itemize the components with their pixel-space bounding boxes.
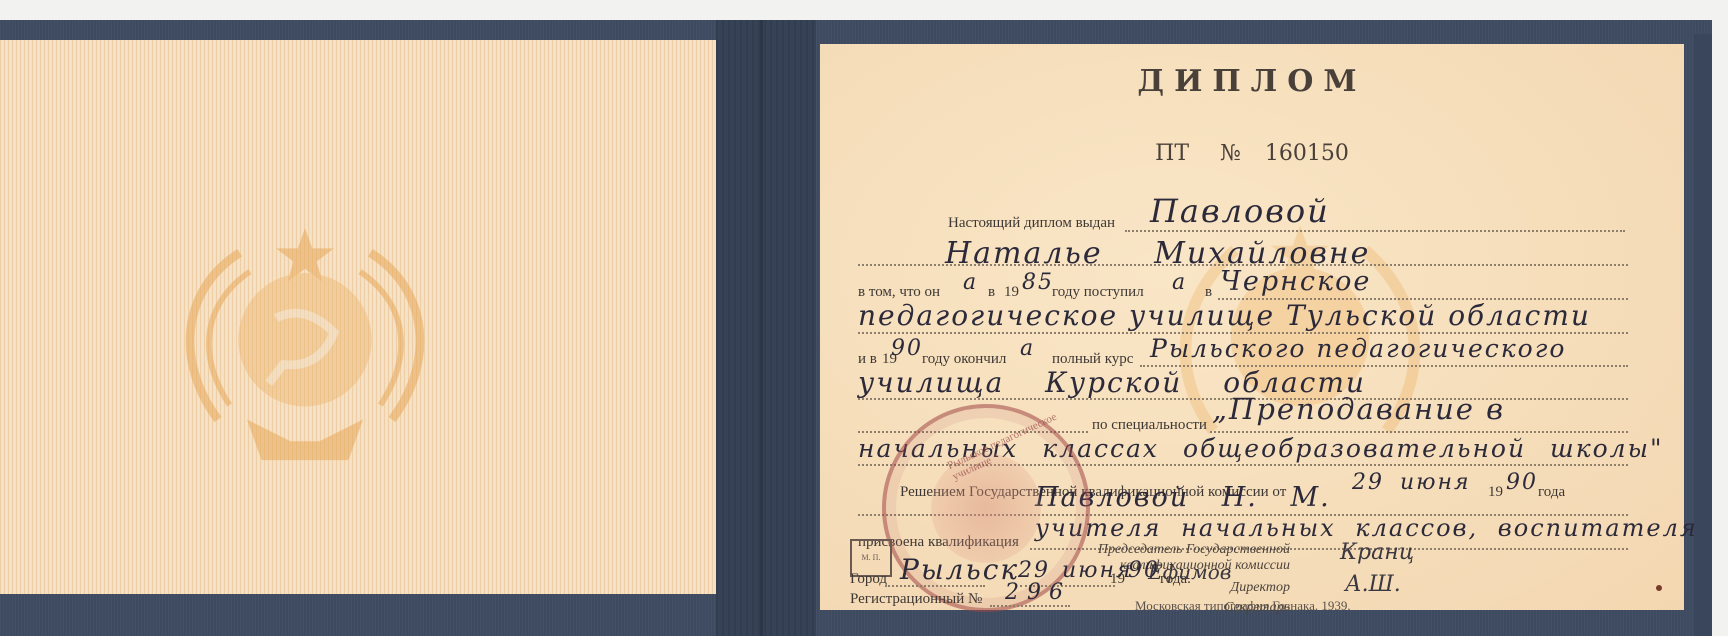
decision-day: 29 bbox=[1352, 470, 1384, 495]
printer-imprint: Московская типография Гознака. 1939. bbox=[1135, 598, 1351, 614]
issued-label: Настоящий диплом выдан bbox=[948, 215, 1115, 232]
gender-suffix: а bbox=[1172, 270, 1187, 295]
dotted-line bbox=[1125, 230, 1625, 232]
chairman-signature: Кранц bbox=[1340, 540, 1414, 565]
year-prefix: 19 bbox=[1110, 571, 1125, 588]
entry-year: 85 bbox=[1022, 270, 1054, 295]
seal-emblem bbox=[931, 453, 1041, 563]
right-page: ДИПЛОМ ПТ №160150 Настоящий диплом выдан… bbox=[820, 44, 1684, 610]
recipient-surname: Павловой bbox=[1150, 192, 1330, 230]
specialty: „Преподавание в bbox=[1212, 392, 1505, 426]
serial-number: 160150 bbox=[1265, 141, 1349, 166]
dotted-line bbox=[1210, 431, 1628, 433]
city-label: Город bbox=[850, 571, 887, 588]
grad-year: 90 bbox=[891, 336, 923, 361]
dotted-line bbox=[990, 605, 1070, 607]
year-word: года. bbox=[1160, 571, 1191, 588]
year-word: года bbox=[1538, 484, 1565, 501]
diploma-number: ПТ №160150 bbox=[820, 141, 1684, 166]
paper-speck bbox=[1656, 585, 1662, 591]
decision-year: 90 bbox=[1506, 470, 1538, 495]
year-prefix: 19 bbox=[1488, 484, 1503, 501]
registration-number: 296 bbox=[1005, 580, 1071, 605]
gender-suffix: а bbox=[963, 270, 978, 295]
entered-institution: Чернское bbox=[1220, 266, 1371, 297]
left-page bbox=[0, 40, 716, 594]
city: Рыльск bbox=[900, 553, 1019, 586]
specialty-label: по специальности bbox=[1092, 417, 1207, 434]
registration-label: Регистрационный № bbox=[850, 591, 982, 608]
ussr-emblem-icon bbox=[160, 202, 450, 492]
gender-suffix: а bbox=[1020, 336, 1035, 361]
number-sign: № bbox=[1220, 141, 1241, 166]
spine-fold bbox=[760, 20, 763, 636]
entered-institution-cont: педагогическое училище Тульской области bbox=[858, 299, 1591, 332]
cover-edge bbox=[1694, 34, 1712, 636]
decision-month: июня bbox=[1400, 470, 1471, 495]
qualification: учителя начальных классов, воспитателя bbox=[1035, 514, 1698, 542]
date-year: 90 bbox=[1128, 558, 1160, 583]
booklet-spine bbox=[716, 20, 816, 636]
graduated-institution: Рыльского педагогического bbox=[1150, 334, 1566, 363]
director-signature: А.Ш. bbox=[1345, 572, 1401, 597]
series-code: ПТ bbox=[1155, 141, 1189, 166]
diploma-title: ДИПЛОМ bbox=[820, 64, 1684, 99]
